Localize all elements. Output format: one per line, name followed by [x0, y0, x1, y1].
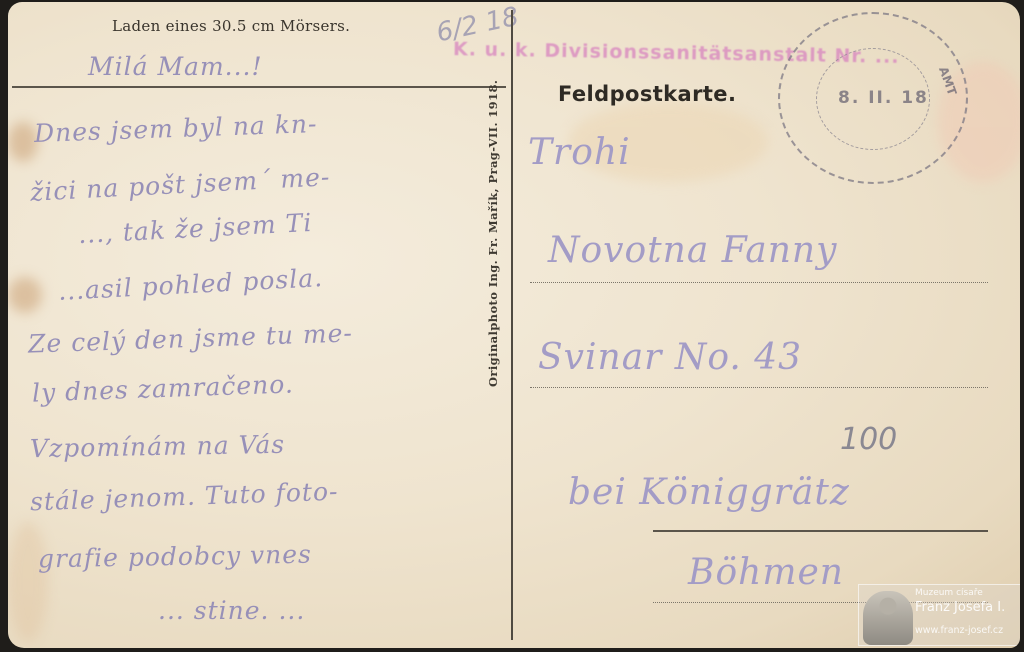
message-line: ly dnes zamračeno. [32, 369, 295, 407]
pencil-note: 100 [840, 422, 897, 457]
watermark-line-2: Franz Josefa I. [915, 600, 1005, 615]
greeting-rule [12, 86, 506, 88]
postmark: 8. II. 18 AMT [778, 12, 968, 184]
address-line-1 [530, 282, 988, 283]
postmark-date: 8. II. 18 [838, 88, 929, 108]
message-line: ... stine. ... [158, 596, 305, 625]
message-line: Milá Mam...! [88, 52, 263, 81]
card-type-title: Feldpostkarte. [558, 82, 736, 106]
address-country: Böhmen [688, 552, 844, 593]
museum-watermark: Muzeum císaře Franz Josefa I. www.franz-… [858, 584, 1020, 646]
message-line: žici na pošt jsem´ me- [29, 162, 331, 207]
watermark-url: www.franz-josef.cz [915, 625, 1003, 636]
address-salutation: Trohi [528, 132, 631, 173]
message-line: Vzpomínám na Vás [30, 430, 286, 463]
photographer-credit: Originalphoto Ing. Fr. Mařík, Prag-VII. … [486, 80, 500, 387]
divider-line [511, 10, 513, 640]
message-line: Ze celý den jsme tu me- [28, 318, 354, 358]
postmark-ring-text: AMT [936, 65, 959, 97]
address-city: bei Königgrätz [568, 472, 850, 513]
address-recipient: Novotna Fanny [548, 230, 837, 271]
message-line: Dnes jsem byl na kn- [34, 109, 318, 148]
address-line-3 [653, 530, 988, 532]
postcard-back: 6/2 18 Laden eines 30.5 cm Mörsers. K. u… [8, 2, 1020, 648]
emperor-portrait-icon [863, 591, 913, 645]
address-street: Svinar No. 43 [538, 337, 802, 378]
address-line-2 [530, 387, 988, 388]
message-line: ...asil pohled posla. [57, 263, 323, 306]
stain [8, 277, 42, 313]
message-line: grafie podobcy vnes [38, 540, 312, 574]
watermark-line-1: Muzeum císaře [915, 588, 983, 598]
message-line: ..., tak že jsem Ti [77, 208, 313, 249]
photo-caption: Laden eines 30.5 cm Mörsers. [112, 17, 350, 35]
message-line: stále jenom. Tuto foto- [30, 477, 339, 517]
stain [8, 522, 48, 642]
